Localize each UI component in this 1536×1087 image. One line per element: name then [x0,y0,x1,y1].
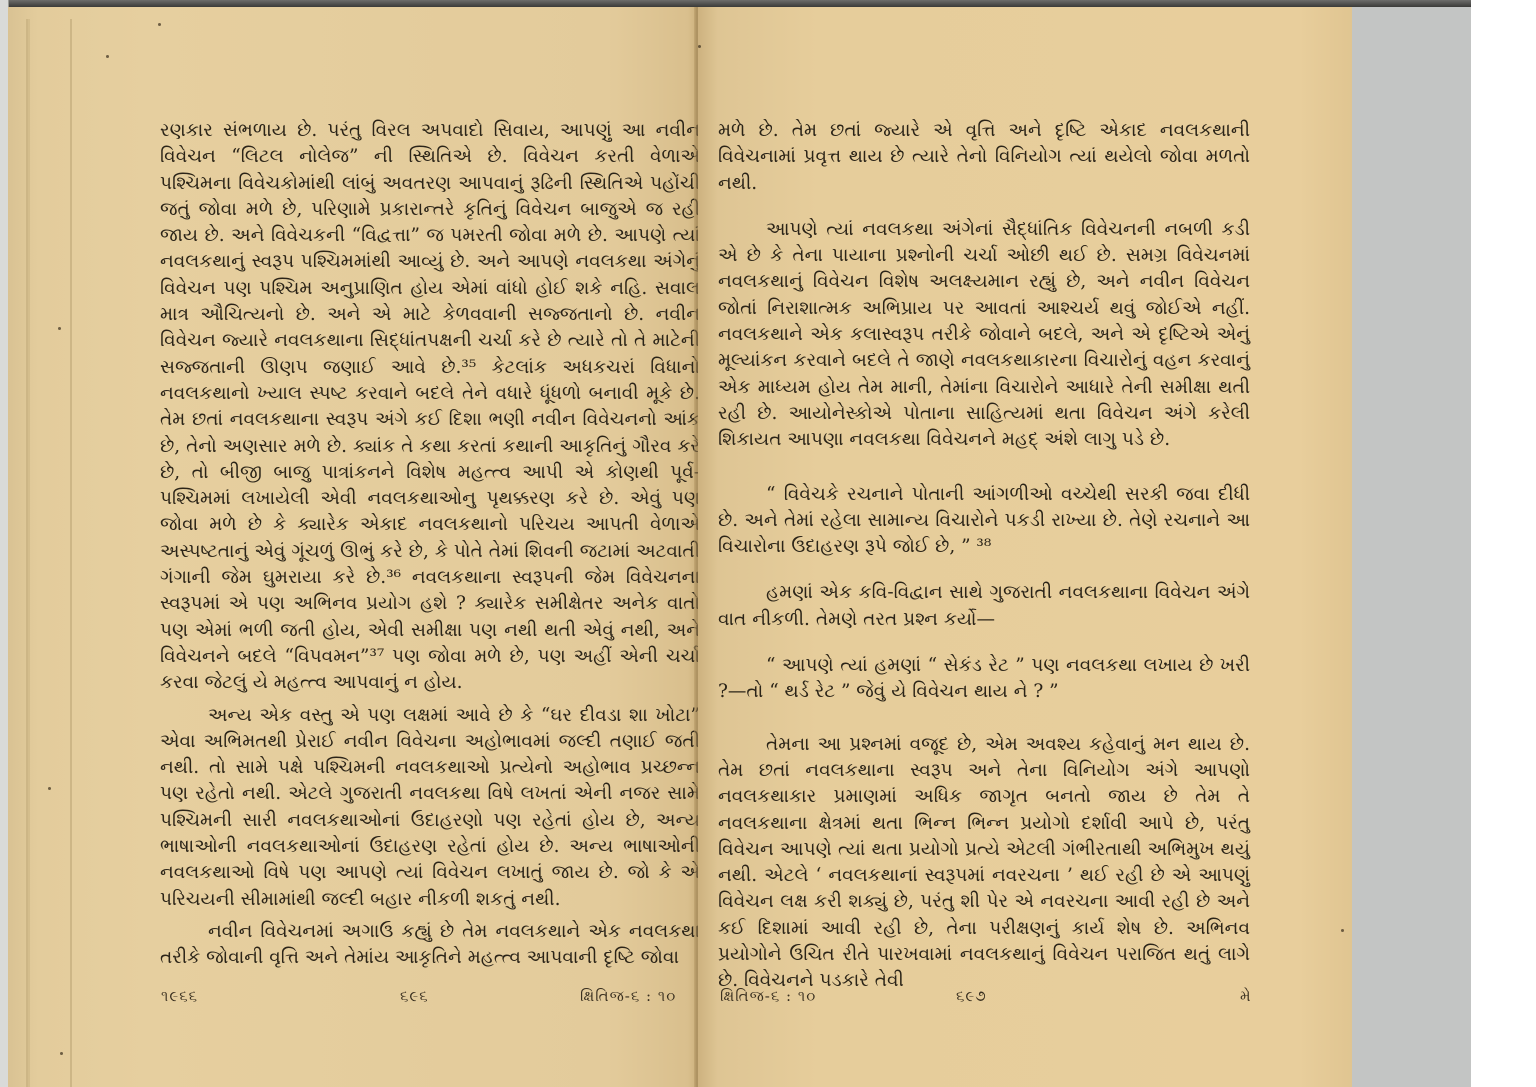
left-page-body: રણકાર સંભળાય છે. પરંતુ વિરલ અપવાદો સિવાય… [160,118,700,972]
paragraph: આપણે ત્યાં નવલકથા અંગેનાં સૈદ્ધાંતિક વિવ… [718,217,1250,454]
paragraph: રણકાર સંભળાય છે. પરંતુ વિરલ અપવાદો સિવાય… [160,118,700,697]
paragraph: મળે છે. તેમ છતાં જ્યારે એ વૃત્તિ અને દૃષ… [718,118,1250,197]
scan-speck [1341,929,1344,932]
right-page-body: મળે છે. તેમ છતાં જ્યારે એ વૃત્તિ અને દૃષ… [718,118,1250,995]
stacked-page-edges [26,19,72,1087]
scan-speck [106,55,109,58]
block-quote: “ આપણે ત્યાં હમણાં “ સેકંડ રેટ ” પણ નવલક… [718,653,1250,706]
scan-speck [698,45,701,48]
scan-speck [58,327,61,330]
footer-year: ૧૯૬૬ [161,987,198,1005]
paragraph: અન્ય એક વસ્તુ એ પણ લક્ષમાં આવે છે કે “ઘર… [160,703,700,913]
paragraph: નવીન વિવેચનમાં અગાઉ કહ્યું છે તેમ નવલકથા… [160,919,700,972]
scan-speck [158,23,161,26]
book-spread: રણકાર સંભળાય છે. પરંતુ વિરલ અપવાદો સિવાય… [8,7,1352,1087]
scan-speck [48,787,51,790]
paragraph: હમણાં એક કવિ-વિદ્વાન સાથે ગુજરાતી નવલકથા… [718,580,1250,633]
right-page: મળે છે. તેમ છતાં જ્યારે એ વૃત્તિ અને દૃષ… [698,7,1352,1087]
scan-top-shadow [0,0,1471,7]
block-quote: “ વિવેચકે રચનાને પોતાની આંગળીઓ વચ્ચેથી સ… [718,482,1250,561]
footer-month: મે [1240,987,1252,1005]
page-number: ૬૯૬ [400,987,429,1005]
paragraph: તેમના આ પ્રશ્નમાં વજૂદ છે, એમ અવશ્ય કહેવ… [718,732,1250,995]
scan-speck [60,1052,63,1055]
page-number: ૬૯૭ [956,987,987,1005]
footer-journal: ક્ષિતિજ-૬ : ૧૦ [720,987,816,1005]
left-page: રણકાર સંભળાય છે. પરંતુ વિરલ અપવાદો સિવાય… [8,7,698,1087]
footer-journal: ક્ષિતિજ-૬ : ૧૦ [580,987,676,1005]
